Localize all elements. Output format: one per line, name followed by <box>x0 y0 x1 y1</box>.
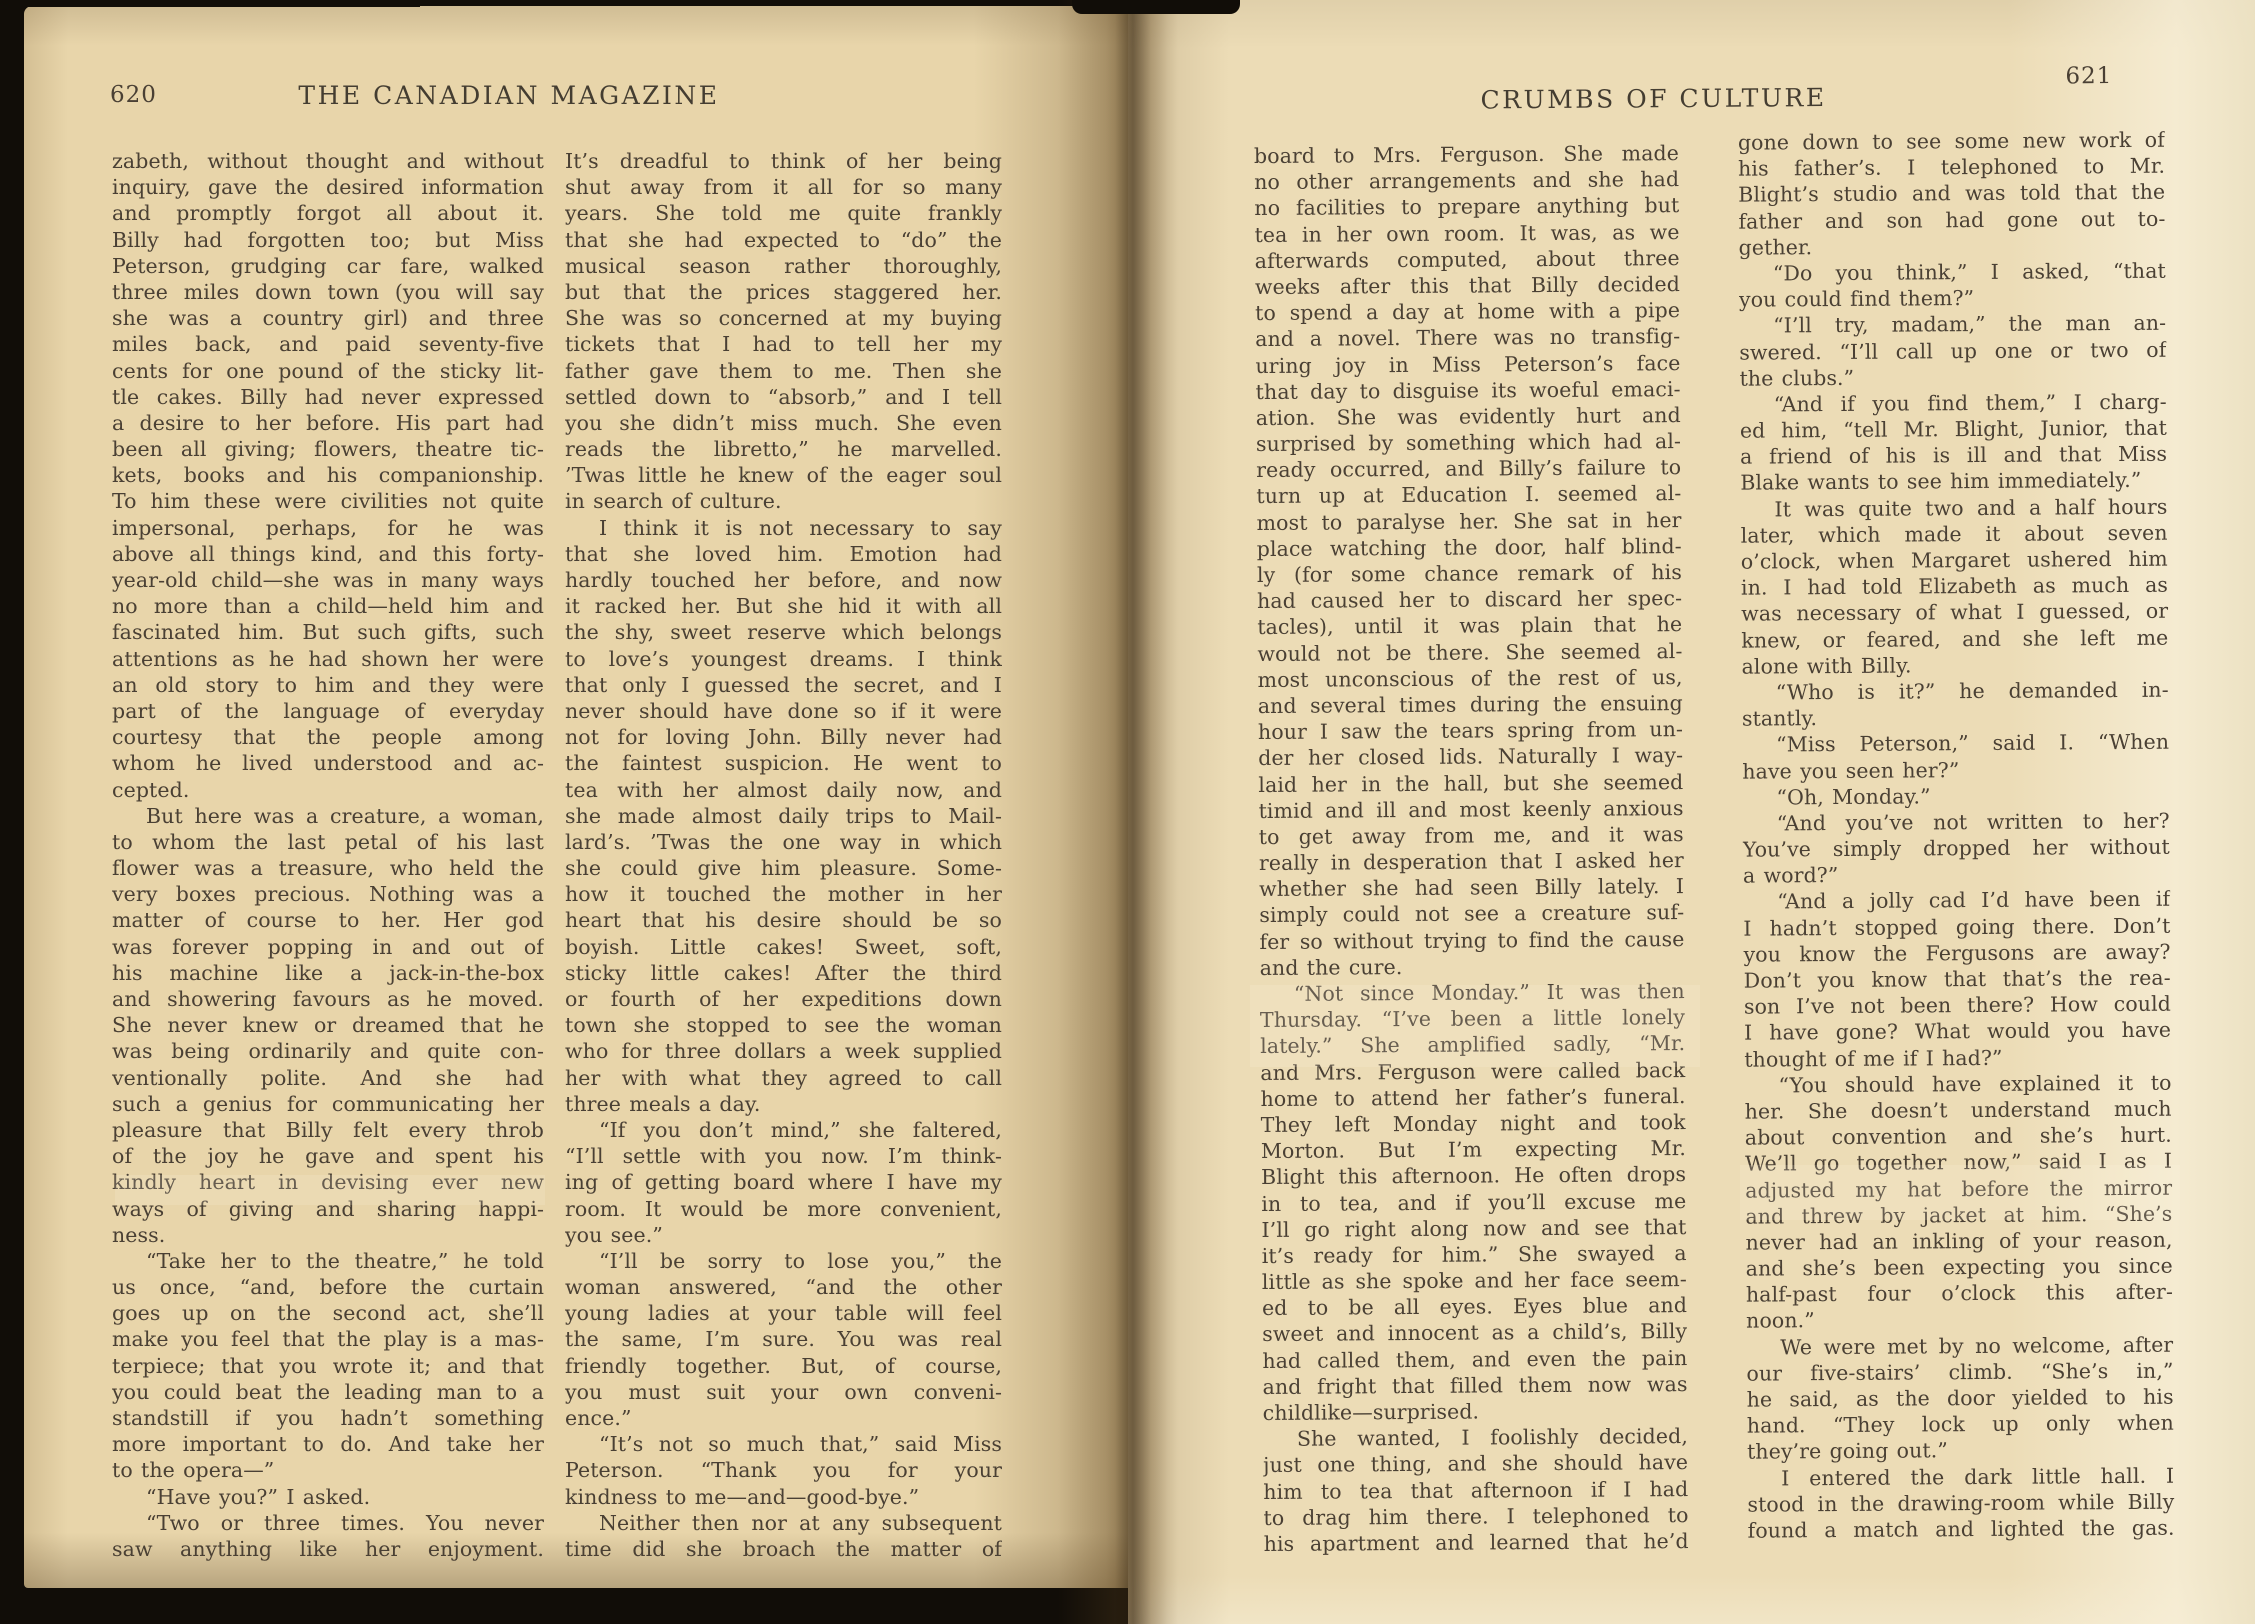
text-line: laid her in the hall, but she seemed <box>1258 769 1683 798</box>
text-line: ways of giving and sharing happi- <box>112 1196 544 1222</box>
text-line: town she stopped to see the woman <box>565 1012 1002 1038</box>
text-line: the faintest suspicion. He went to <box>565 750 1002 776</box>
text-line: just one thing, and she should have <box>1263 1449 1688 1478</box>
text-line: “And a jolly cad I’d have been if <box>1743 886 2170 915</box>
text-line: she could give him pleasure. Some- <box>565 855 1002 881</box>
text-line: him to tea that afternoon if I had <box>1263 1476 1688 1505</box>
text-line: tle cakes. Billy had never expressed <box>112 384 544 410</box>
text-line: “Two or three times. You never <box>112 1510 544 1536</box>
page-right: CRUMBS OF CULTURE 621 board to Mrs. Ferg… <box>1128 0 2255 1624</box>
text-line: ventionally polite. And she had <box>112 1065 544 1091</box>
text-line: She was so concerned at my buying <box>565 305 1002 331</box>
text-line: but that the prices staggered her. <box>565 279 1002 305</box>
text-line: reads the libretto,” he marvelled. <box>565 436 1002 462</box>
text-line: lately.” She amplified sadly, “Mr. <box>1260 1030 1685 1059</box>
text-line: “Not since Monday.” It was then <box>1260 978 1685 1007</box>
text-line: friendly together. But, of course, <box>565 1353 1002 1379</box>
text-line: most unconscious of the rest of us, <box>1258 664 1683 693</box>
text-line: “I’ll settle with you now. I’m think- <box>565 1143 1002 1169</box>
text-line: and a novel. There was no transfig- <box>1255 323 1680 352</box>
text-line: swered. “I’ll call up one or two of <box>1739 336 2166 365</box>
text-line: They left Monday night and took <box>1261 1109 1686 1138</box>
text-line: later, which made it about seven <box>1741 519 2168 548</box>
text-line: “If you don’t mind,” she faltered, <box>565 1117 1002 1143</box>
text-line: the clubs.” <box>1739 362 2166 391</box>
text-line: courtesy that the people among <box>112 724 544 750</box>
text-line: and promptly forgot all about it. <box>112 200 544 226</box>
text-line: had called them, and even the pain <box>1262 1345 1687 1374</box>
text-line: “It’s not so much that,” said Miss <box>565 1431 1002 1457</box>
text-line: hardly touched her before, and now <box>565 567 1002 593</box>
text-line: you could find them?” <box>1739 284 2166 313</box>
text-line: a word?” <box>1743 860 2170 889</box>
text-line: been all giving; flowers, theatre tic- <box>112 436 544 462</box>
text-line: knew, or feared, and she left me <box>1741 624 2168 653</box>
text-line: timid and ill and most keenly anxious <box>1258 795 1683 824</box>
text-line: son I’ve not been there? How could <box>1744 991 2171 1020</box>
running-title-right: CRUMBS OF CULTURE <box>1203 81 2103 116</box>
text-line: such a genius for communicating her <box>112 1091 544 1117</box>
text-line: young ladies at your table will feel <box>565 1300 1002 1326</box>
text-line: and several times during the ensuing <box>1258 690 1683 719</box>
text-line: years. She told me quite frankly <box>565 200 1002 226</box>
text-line: Peterson. “Thank you for your <box>565 1457 1002 1483</box>
text-line: in search of culture. <box>565 488 1002 514</box>
text-line: three meals a day. <box>565 1091 1002 1117</box>
text-line: part of the language of everyday <box>112 698 544 724</box>
text-line: room. It would be more convenient, <box>565 1196 1002 1222</box>
text-line: above all things kind, and this forty- <box>112 541 544 567</box>
text-line: that day to disguise its woeful emaci- <box>1256 376 1681 405</box>
text-line: you see.” <box>565 1222 1002 1248</box>
text-line: it racked her. But she hid it with all <box>565 593 1002 619</box>
text-line: I’ll go right along now and see that <box>1261 1214 1686 1243</box>
text-line: year-old child—she was in many ways <box>112 567 544 593</box>
text-line: gone down to see some new work of <box>1738 127 2165 156</box>
text-line: simply could not see a creature suf- <box>1259 899 1684 928</box>
text-line: noon.” <box>1746 1305 2173 1334</box>
text-line: “You should have explained it to <box>1744 1069 2171 1098</box>
text-line: heart that his desire should be so <box>565 907 1002 933</box>
scan-edge-top-left <box>0 0 420 7</box>
text-line: “Do you think,” I asked, “that <box>1739 258 2166 287</box>
text-line: surprised by something which had al- <box>1256 428 1681 457</box>
text-line: tea in her own room. It was, as we <box>1254 219 1679 248</box>
text-line: of the joy he gave and spent his <box>112 1143 544 1169</box>
text-line: father gave them to me. Then she <box>565 358 1002 384</box>
text-line: an old story to him and they were <box>112 672 544 698</box>
text-line: You’ve simply dropped her without <box>1743 834 2170 863</box>
text-line: We’ll go together now,” said I as I <box>1745 1148 2172 1177</box>
text-line: who for three dollars a week supplied <box>565 1038 1002 1064</box>
text-line: sticky little cakes! After the third <box>565 960 1002 986</box>
text-line: adjusted my hat before the mirror <box>1745 1174 2172 1203</box>
text-line: most to paralyse her. She sat in her <box>1256 507 1681 536</box>
text-line: fascinated him. But such gifts, such <box>112 619 544 645</box>
text-line: ed to be all eyes. Eyes blue and <box>1262 1292 1687 1321</box>
text-line: half-past four o’clock this after- <box>1746 1279 2173 1308</box>
text-line: ence.” <box>565 1405 1002 1431</box>
text-line: time did she broach the matter of <box>565 1536 1002 1562</box>
text-line: “And if you find them,” I charg- <box>1740 389 2167 418</box>
text-line: I entered the dark little hall. I <box>1747 1462 2174 1491</box>
text-line: that she loved him. Emotion had <box>565 541 1002 567</box>
text-line: no facilities to prepare anything but <box>1254 192 1679 221</box>
text-line: flower was a treasure, who held the <box>112 855 544 881</box>
text-line: “Take her to the theatre,” he told <box>112 1248 544 1274</box>
text-line: make you feel that the play is a mas- <box>112 1326 544 1352</box>
text-line: woman answered, “and the other <box>565 1274 1002 1300</box>
text-line: no other arrangements and she had <box>1254 166 1679 195</box>
text-line: Blake wants to see him immediately.” <box>1740 467 2167 496</box>
page-right-content: CRUMBS OF CULTURE 621 board to Mrs. Ferg… <box>1123 0 2255 1624</box>
text-line: and fright that filled them now was <box>1262 1371 1687 1400</box>
text-line: hand. “They lock up only when <box>1747 1410 2174 1439</box>
text-line: Neither then nor at any subsequent <box>565 1510 1002 1536</box>
text-line: goes up on the second act, she’ll <box>112 1300 544 1326</box>
text-line: kindly heart in devising ever new <box>112 1169 544 1195</box>
right-page-column-1: board to Mrs. Ferguson. She madeno other… <box>1254 140 1689 1557</box>
text-line: you could beat the leading man to a <box>112 1379 544 1405</box>
text-line: shut away from it all for so many <box>565 174 1002 200</box>
book-scan: { "document_type": "scanned two-page mag… <box>0 0 2255 1624</box>
text-line: three miles down town (you will say <box>112 279 544 305</box>
text-line: boyish. Little cakes! Sweet, soft, <box>565 934 1002 960</box>
text-line: “Miss Peterson,” said I. “When <box>1742 729 2169 758</box>
text-line: kindness to me—and—good-bye.” <box>565 1484 1002 1510</box>
text-line: Billy had forgotten too; but Miss <box>112 227 544 253</box>
text-line: to the opera—” <box>112 1457 544 1483</box>
text-line: they’re going out.” <box>1747 1436 2174 1465</box>
text-line: matter of course to her. Her god <box>112 907 544 933</box>
text-line: standstill if you hadn’t something <box>112 1405 544 1431</box>
text-line: in to tea, and if you’ll excuse me <box>1261 1188 1686 1217</box>
page-left: 620 THE CANADIAN MAGAZINE zabeth, withou… <box>24 6 1128 1588</box>
text-line: ’Twas little he knew of the eager soul <box>565 462 1002 488</box>
text-line: tea with her almost daily now, and <box>565 777 1002 803</box>
text-line: Morton. But I’m expecting Mr. <box>1261 1135 1686 1164</box>
text-line: afterwards computed, about three <box>1255 245 1680 274</box>
text-line: and she’s been expecting you since <box>1746 1253 2173 1282</box>
text-line: cents for one pound of the sticky lit- <box>112 358 544 384</box>
text-line: his machine like a jack-in-the-box <box>112 960 544 986</box>
text-line: settled down to “absorb,” and I tell <box>565 384 1002 410</box>
text-line: zabeth, without thought and without <box>112 148 544 174</box>
text-line: Thursday. “I’ve been a little lonely <box>1260 1004 1685 1033</box>
text-line: stood in the drawing-room while Billy <box>1747 1488 2174 1517</box>
text-line: she was a country girl) and three <box>112 305 544 331</box>
text-line: board to Mrs. Ferguson. She made <box>1254 140 1679 169</box>
text-line: “And you’ve not written to her? <box>1743 808 2170 837</box>
text-line: sweet and innocent as a child’s, Billy <box>1262 1318 1687 1347</box>
text-line: It’s dreadful to think of her being <box>565 148 1002 174</box>
text-line: little as she spoke and her face seem- <box>1262 1266 1687 1295</box>
text-line: father and son had gone out to- <box>1738 205 2165 234</box>
text-line: It was quite two and a half hours <box>1740 493 2167 522</box>
text-line: lard’s. ’Twas the one way in which <box>565 829 1002 855</box>
text-line: Blight this afternoon. He often drops <box>1261 1161 1686 1190</box>
text-line: and showering favours as he moved. <box>112 986 544 1012</box>
text-line: not for loving John. Billy never had <box>565 724 1002 750</box>
text-line: ed him, “tell Mr. Blight, Junior, that <box>1740 415 2167 444</box>
text-line: the shy, sweet reserve which belongs <box>565 619 1002 645</box>
text-line: us once, “and, before the curtain <box>112 1274 544 1300</box>
page-number-right: 621 <box>2065 63 2112 89</box>
text-line: hour I saw the tears spring from un- <box>1258 716 1683 745</box>
text-line: would not be there. She seemed al- <box>1257 638 1682 667</box>
text-line: fer so without trying to find the cause <box>1259 926 1684 955</box>
text-line: terpiece; that you wrote it; and that <box>112 1353 544 1379</box>
text-line: to whom the last petal of his last <box>112 829 544 855</box>
text-line: whom he lived understood and ac- <box>112 750 544 776</box>
page-left-content: 620 THE CANADIAN MAGAZINE zabeth, withou… <box>24 6 1128 1588</box>
text-line: She wanted, I foolishly decided, <box>1263 1423 1688 1452</box>
text-line: alone with Billy. <box>1741 650 2168 679</box>
text-line: his apartment and learned that he’d <box>1264 1528 1689 1557</box>
text-line: you she didn’t miss much. She even <box>565 410 1002 436</box>
text-line: We were met by no welcome, after <box>1746 1331 2173 1360</box>
spine-top-notch <box>1072 0 1240 14</box>
text-line: I have gone? What would you have <box>1744 1017 2171 1046</box>
text-line: never should have done so if it were <box>565 698 1002 724</box>
text-line: you know the Fergusons are away? <box>1743 938 2170 967</box>
text-line: the same, I’m sure. You was real <box>565 1326 1002 1352</box>
text-line: to get away from me, and it was <box>1259 821 1684 850</box>
text-line: and threw by jacket at him. “She’s <box>1745 1200 2172 1229</box>
text-line: or fourth of her expeditions down <box>565 986 1002 1012</box>
text-line: and the cure. <box>1260 952 1685 981</box>
text-line: was forever popping in and out of <box>112 934 544 960</box>
text-line: “Oh, Monday.” <box>1742 781 2169 810</box>
text-line: I hadn’t stopped going there. Don’t <box>1743 912 2170 941</box>
running-title-left: THE CANADIAN MAGAZINE <box>64 81 954 110</box>
text-line: how it touched the mother in her <box>565 881 1002 907</box>
text-line: pleasure that Billy felt every throb <box>112 1117 544 1143</box>
text-line: have you seen her?” <box>1742 755 2169 784</box>
text-line: ing of getting board where I have my <box>565 1169 1002 1195</box>
text-line: attentions as he had shown her were <box>112 646 544 672</box>
text-line: impersonal, perhaps, for he was <box>112 515 544 541</box>
right-page-column-2: gone down to see some new work ofhis fat… <box>1738 127 2175 1544</box>
text-line: very boxes precious. Nothing was a <box>112 881 544 907</box>
text-line: to love’s youngest dreams. I think <box>565 646 1002 672</box>
text-line: was necessary of what I guessed, or <box>1741 598 2168 627</box>
text-line: about convention and she’s hurt. <box>1745 1122 2172 1151</box>
text-line: She never knew or dreamed that he <box>112 1012 544 1038</box>
text-line: “I’ll try, madam,” the man an- <box>1739 310 2166 339</box>
text-line: I think it is not necessary to say <box>565 515 1002 541</box>
text-line: had caused her to discard her spec- <box>1257 585 1682 614</box>
text-line: Don’t you know that that’s the rea- <box>1744 965 2171 994</box>
text-line: more important to do. And take her <box>112 1431 544 1457</box>
text-line: To him these were civilities not quite <box>112 488 544 514</box>
text-line: it’s ready for him.” She swayed a <box>1262 1240 1687 1269</box>
left-page-column-1: zabeth, without thought and withoutinqui… <box>112 148 544 1562</box>
text-line: tacles), until it was plain that he <box>1257 611 1682 640</box>
text-line: ness. <box>112 1222 544 1248</box>
text-line: never had an inkling of your reason, <box>1745 1227 2172 1256</box>
text-line: whether she had seen Billy lately. I <box>1259 873 1684 902</box>
text-line: that she had expected to “do” the <box>565 227 1002 253</box>
left-page-column-2: It’s dreadful to think of her beingshut … <box>565 148 1002 1562</box>
text-line: ready occurred, and Billy’s failure to <box>1256 454 1681 483</box>
text-line: was being ordinarily and quite con- <box>112 1038 544 1064</box>
text-line: her. She doesn’t understand much <box>1745 1096 2172 1125</box>
text-line: stantly. <box>1742 703 2169 732</box>
text-line: der her closed lids. Naturally I way- <box>1258 742 1683 771</box>
text-line: thought of me if I had?” <box>1744 1043 2171 1072</box>
text-line: “Who is it?” he demanded in- <box>1742 677 2169 706</box>
text-line: that only I guessed the secret, and I <box>565 672 1002 698</box>
text-line: cepted. <box>112 777 544 803</box>
text-line: our five-stairs’ climb. “She’s in,” <box>1746 1357 2173 1386</box>
text-line: his father’s. I telephoned to Mr. <box>1738 153 2165 182</box>
text-line: you must suit your own conveni- <box>565 1379 1002 1405</box>
text-line: to drag him there. I telephoned to <box>1263 1502 1688 1531</box>
text-line: turn up at Education I. seemed al- <box>1256 481 1681 510</box>
text-line: place watching the door, half blind- <box>1257 533 1682 562</box>
text-line: to spend a day at home with a pipe <box>1255 297 1680 326</box>
text-line: inquiry, gave the desired information <box>112 174 544 200</box>
text-line: ly (for some chance remark of his <box>1257 559 1682 588</box>
text-line: found a match and lighted the gas. <box>1747 1515 2174 1544</box>
text-line: weeks after this that Billy decided <box>1255 271 1680 300</box>
text-line: saw anything like her enjoyment. <box>112 1536 544 1562</box>
text-line: she made almost daily trips to Mail- <box>565 803 1002 829</box>
text-line: her with what they agreed to call <box>565 1065 1002 1091</box>
text-line: home to attend her father’s funeral. <box>1260 1083 1685 1112</box>
text-line: kets, books and his companionship. <box>112 462 544 488</box>
text-line: o’clock, when Margaret ushered him <box>1741 546 2168 575</box>
text-line: uring joy in Miss Peterson’s face <box>1255 350 1680 379</box>
text-line: miles back, and paid seventy-five <box>112 331 544 357</box>
text-line: he said, as the door yielded to his <box>1747 1384 2174 1413</box>
text-line: ation. She was evidently hurt and <box>1256 402 1681 431</box>
text-line: But here was a creature, a woman, <box>112 803 544 829</box>
text-line: no more than a child—held him and <box>112 593 544 619</box>
text-line: Blight’s studio and was told that the <box>1738 179 2165 208</box>
text-line: a friend of his is ill and that Miss <box>1740 441 2167 470</box>
text-line: musical season rather thoroughly, <box>565 253 1002 279</box>
text-line: Peterson, grudging car fare, walked <box>112 253 544 279</box>
text-line: childlike—surprised. <box>1263 1397 1688 1426</box>
text-line: and Mrs. Ferguson were called back <box>1260 1057 1685 1086</box>
text-line: really in desperation that I asked her <box>1259 847 1684 876</box>
text-line: in. I had told Elizabeth as much as <box>1741 572 2168 601</box>
text-line: a desire to her before. His part had <box>112 410 544 436</box>
text-line: “I’ll be sorry to lose you,” the <box>565 1248 1002 1274</box>
text-line: gether. <box>1739 231 2166 260</box>
text-line: “Have you?” I asked. <box>112 1484 544 1510</box>
text-line: tickets that I had to tell her my <box>565 331 1002 357</box>
